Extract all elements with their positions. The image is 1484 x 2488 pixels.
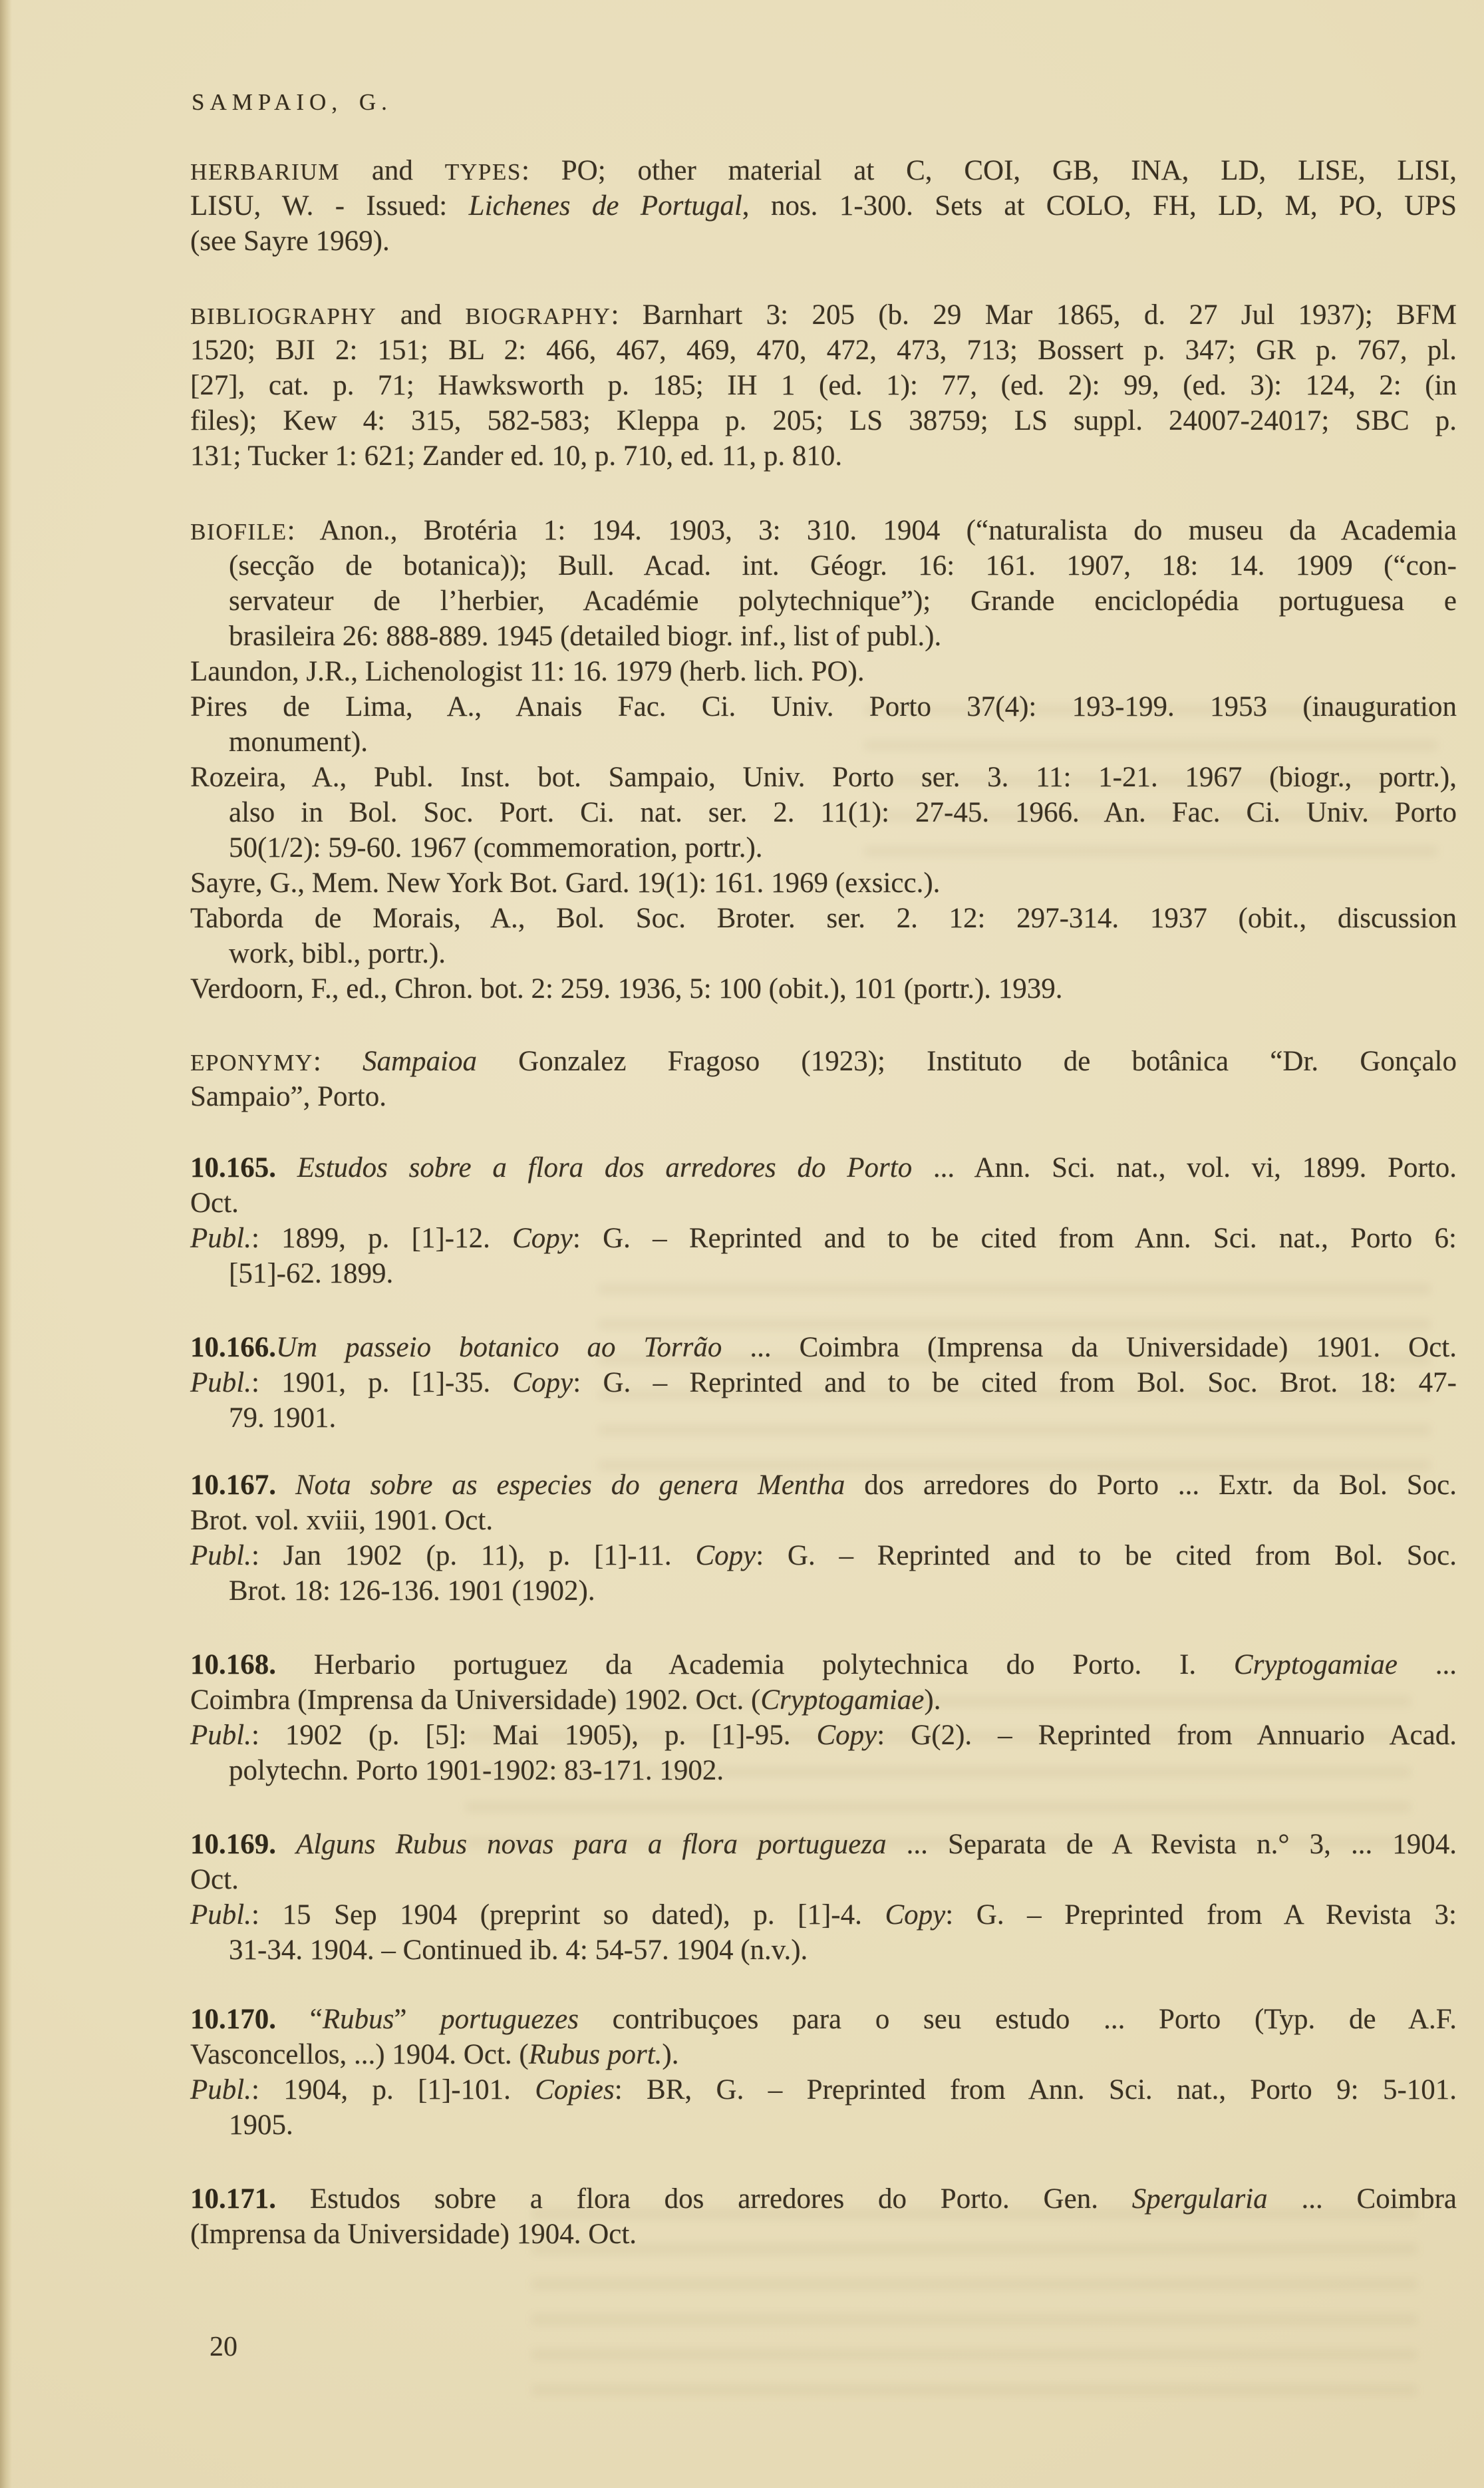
text-line: work, bibl., portr.). [190, 936, 1457, 971]
text-segment: ). [662, 2039, 678, 2070]
text-line: 10.170. “Rubus” portuguezes contribuçoes… [190, 2002, 1457, 2037]
copies-label: Copies [535, 2074, 614, 2105]
entry-10166: 10.166.Um passeio botanico ao Torrão ...… [190, 1330, 1457, 1436]
entry-number: 10.171. [190, 2183, 276, 2215]
text-segment [276, 1829, 296, 1860]
section-label-herbarium: HERBARIUM [190, 159, 340, 185]
work-title: portuguezes [440, 2004, 579, 2035]
copy-label: Copy [885, 1899, 945, 1931]
entry-number: 10.168. [190, 1649, 276, 1680]
publ-label: Publ. [190, 2074, 251, 2105]
text-line: brasileira 26: 888-889. 1945 (detailed b… [190, 619, 1457, 654]
work-title: Estudos sobre a flora dos arredores do P… [297, 1152, 912, 1183]
section-label-biofile: BIOFILE [190, 519, 287, 545]
text-line: (secção de botanica)); Bull. Acad. int. … [190, 548, 1457, 583]
text-line: Rozeira, A., Publ. Inst. bot. Sampaio, U… [190, 760, 1457, 795]
text-segment: ). [924, 1684, 941, 1716]
running-header: SAMPAIO, G. [192, 88, 392, 117]
entry-number: 10.166. [190, 1332, 276, 1363]
publ-label: Publ. [190, 1720, 251, 1751]
section-label-types: TYPES [445, 159, 521, 185]
copy-label: Copy [816, 1720, 877, 1751]
section-label-biography: BIOGRAPHY [465, 303, 611, 329]
text-line: Oct. [190, 1185, 1457, 1221]
text-line: Oct. [190, 1862, 1457, 1897]
entry-number: 10.170. [190, 2004, 276, 2035]
text-segment [276, 1152, 297, 1183]
entry-10170: 10.170. “Rubus” portuguezes contribuçoes… [190, 2002, 1457, 2143]
text-line: 10.169. Alguns Rubus novas para a flora … [190, 1827, 1457, 1862]
publ-label: Publ. [190, 1540, 251, 1571]
text-segment [276, 1470, 295, 1501]
text-line: Publ.: 1904, p. [1]-101. Copies: BR, G. … [190, 2072, 1457, 2107]
text-line: 79. 1901. [190, 1400, 1457, 1436]
text-segment: LISU, W. - Issued: [190, 190, 469, 222]
text-segment: Herbario portuguez da Academia polytechn… [276, 1649, 1234, 1680]
publ-label: Publ. [190, 1223, 251, 1254]
text-segment: : PO; other material at C, COI, GB, INA,… [521, 155, 1457, 186]
text-segment: and [376, 299, 465, 331]
entry-10171: 10.171. Estudos sobre a flora dos arredo… [190, 2181, 1457, 2252]
text-segment: : Jan 1902 (p. 11), p. [1]-11. [251, 1540, 695, 1571]
text-segment: Estudos sobre a flora dos arredores do P… [276, 2183, 1132, 2215]
text-line: Sampaio”, Porto. [190, 1079, 1457, 1114]
text-line: 10.166.Um passeio botanico ao Torrão ...… [190, 1330, 1457, 1365]
text-line: 10.171. Estudos sobre a flora dos arredo… [190, 2181, 1457, 2217]
text-line: HERBARIUM and TYPES: PO; other material … [190, 153, 1457, 188]
text-segment: : 15 Sep 1904 (preprint so dated), p. [1… [251, 1899, 885, 1931]
text-segment: Coimbra (Imprensa da Universidade) 1902.… [190, 1684, 760, 1716]
text-line: Brot. vol. xviii, 1901. Oct. [190, 1503, 1457, 1538]
biofile-paragraph: BIOFILE: Anon., Brotéria 1: 194. 1903, 3… [190, 513, 1457, 1007]
text-line: Publ.: 1901, p. [1]-35. Copy: G. – Repri… [190, 1365, 1457, 1400]
text-line: polytechn. Porto 1901-1902: 83-171. 1902… [190, 1753, 1457, 1788]
text-line: Publ.: 15 Sep 1904 (preprint so dated), … [190, 1897, 1457, 1933]
text-segment: : G. – Reprinted and to be cited from An… [573, 1223, 1457, 1254]
text-segment: “ [276, 2004, 323, 2035]
text-line: BIBLIOGRAPHY and BIOGRAPHY: Barnhart 3: … [190, 297, 1457, 333]
entry-10165: 10.165. Estudos sobre a flora dos arredo… [190, 1150, 1457, 1291]
entry-number: 10.169. [190, 1829, 276, 1860]
text-segment: : 1901, p. [1]-35. [251, 1367, 512, 1398]
text-line: 31-34. 1904. – Continued ib. 4: 54-57. 1… [190, 1933, 1457, 1968]
text-segment: ” [394, 2004, 440, 2035]
entry-10168: 10.168. Herbario portuguez da Academia p… [190, 1647, 1457, 1788]
section-label-eponymy: EPONYMY [190, 1050, 313, 1076]
text-segment: : G. – Reprinted and to be cited from Bo… [573, 1367, 1457, 1398]
entry-number: 10.165. [190, 1152, 276, 1183]
text-line: Sayre, G., Mem. New York Bot. Gard. 19(1… [190, 865, 1457, 901]
work-title: Spergularia [1132, 2183, 1268, 2215]
work-title: Nota sobre as especies do genera Mentha [295, 1470, 845, 1501]
text-segment: contribuçoes para o seu estudo ... Porto… [579, 2004, 1457, 2035]
work-title: Cryptogamiae [1234, 1649, 1398, 1680]
bibliography-paragraph: BIBLIOGRAPHY and BIOGRAPHY: Barnhart 3: … [190, 297, 1457, 474]
text-line: Publ.: 1902 (p. [5]: Mai 1905), p. [1]-9… [190, 1718, 1457, 1753]
text-line: Brot. 18: 126-136. 1901 (1902). [190, 1573, 1457, 1609]
book-page: SAMPAIO, G. HERBARIUM and TYPES: PO; oth… [0, 0, 1484, 2488]
text-line: Publ.: Jan 1902 (p. 11), p. [1]-11. Copy… [190, 1538, 1457, 1573]
text-segment: Gonzalez Fragoso (1923); Instituto de bo… [477, 1046, 1457, 1077]
text-line: Verdoorn, F., ed., Chron. bot. 2: 259. 1… [190, 971, 1457, 1007]
text-line: [27], cat. p. 71; Hawksworth p. 185; IH … [190, 368, 1457, 403]
text-line: 1520; BJI 2: 151; BL 2: 466, 467, 469, 4… [190, 333, 1457, 368]
text-line: Publ.: 1899, p. [1]-12. Copy: G. – Repri… [190, 1221, 1457, 1256]
eponym-genus: Sampaioa [363, 1046, 477, 1077]
copy-label: Copy [512, 1223, 573, 1254]
text-line: servateur de l’herbier, Académie polytec… [190, 583, 1457, 619]
text-line: 131; Tucker 1: 621; Zander ed. 10, p. 71… [190, 438, 1457, 474]
text-line: Pires de Lima, A., Anais Fac. Ci. Univ. … [190, 689, 1457, 724]
text-segment: ... Coimbra (Imprensa da Universidade) 1… [722, 1332, 1457, 1363]
eponymy-paragraph: EPONYMY: Sampaioa Gonzalez Fragoso (1923… [190, 1044, 1457, 1114]
text-segment: , nos. 1-300. Sets at COLO, FH, LD, M, P… [742, 190, 1457, 222]
text-segment: and [340, 155, 445, 186]
work-title: Rubus [323, 2004, 394, 2035]
text-segment: : 1899, p. [1]-12. [251, 1223, 512, 1254]
text-segment: : 1902 (p. [5]: Mai 1905), p. [1]-95. [251, 1720, 816, 1751]
text-line: (Imprensa da Universidade) 1904. Oct. [190, 2217, 1457, 2252]
entry-10167: 10.167. Nota sobre as especies do genera… [190, 1468, 1457, 1609]
text-line: BIOFILE: Anon., Brotéria 1: 194. 1903, 3… [190, 513, 1457, 548]
text-line: EPONYMY: Sampaioa Gonzalez Fragoso (1923… [190, 1044, 1457, 1079]
text-segment: : 1904, p. [1]-101. [251, 2074, 535, 2105]
work-title: Alguns Rubus novas para a flora portugue… [296, 1829, 887, 1860]
work-short-title: Rubus port. [529, 2039, 663, 2070]
text-segment: ... [1398, 1649, 1457, 1680]
text-line: (see Sayre 1969). [190, 224, 1457, 259]
text-line: 10.168. Herbario portuguez da Academia p… [190, 1647, 1457, 1682]
text-segment: ... Coimbra [1268, 2183, 1457, 2215]
text-line: 1905. [190, 2107, 1457, 2143]
herbarium-paragraph: HERBARIUM and TYPES: PO; other material … [190, 153, 1457, 259]
page-number: 20 [210, 2330, 237, 2365]
copy-label: Copy [695, 1540, 756, 1571]
text-line: [51]-62. 1899. [190, 1256, 1457, 1291]
publ-label: Publ. [190, 1367, 251, 1398]
text-segment: : G(2). – Reprinted from Annuario Acad. [877, 1720, 1457, 1751]
work-title: Um passeio botanico ao Torrão [276, 1332, 722, 1363]
text-line: files); Kew 4: 315, 582-583; Kleppa p. 2… [190, 403, 1457, 438]
text-line: LISU, W. - Issued: Lichenes de Portugal,… [190, 188, 1457, 224]
text-segment: : BR, G. – Preprinted from Ann. Sci. nat… [615, 2074, 1457, 2105]
text-line: monument). [190, 724, 1457, 760]
publ-label: Publ. [190, 1899, 251, 1931]
copy-label: Copy [512, 1367, 573, 1398]
text-line: 50(1/2): 59-60. 1967 (commemoration, por… [190, 830, 1457, 865]
entry-number: 10.167. [190, 1470, 276, 1501]
text-segment: Vasconcellos, ...) 1904. Oct. ( [190, 2039, 529, 2070]
entry-10169: 10.169. Alguns Rubus novas para a flora … [190, 1827, 1457, 1968]
text-segment: : G. – Reprinted and to be cited from Bo… [756, 1540, 1457, 1571]
text-segment: : Anon., Brotéria 1: 194. 1903, 3: 310. … [287, 515, 1457, 546]
text-segment: ... Ann. Sci. nat., vol. vi, 1899. Porto… [912, 1152, 1457, 1183]
work-short-title: Cryptogamiae [760, 1684, 924, 1716]
work-title: Lichenes de Portugal [469, 190, 742, 222]
text-segment: ... Separata de A Revista n.° 3, ... 190… [887, 1829, 1457, 1860]
text-segment: : Barnhart 3: 205 (b. 29 Mar 1865, d. 27… [611, 299, 1457, 331]
text-segment: dos arredores do Porto ... Extr. da Bol.… [845, 1470, 1457, 1501]
text-segment: : G. – Preprinted from A Revista 3: [945, 1899, 1457, 1931]
section-label-bibliography: BIBLIOGRAPHY [190, 303, 376, 329]
text-line: Coimbra (Imprensa da Universidade) 1902.… [190, 1682, 1457, 1718]
text-line: Vasconcellos, ...) 1904. Oct. (Rubus por… [190, 2037, 1457, 2072]
text-line: 10.165. Estudos sobre a flora dos arredo… [190, 1150, 1457, 1185]
page-gutter-shadow [0, 0, 12, 2488]
text-segment: : [313, 1046, 363, 1077]
text-line: also in Bol. Soc. Port. Ci. nat. ser. 2.… [190, 795, 1457, 830]
text-line: Laundon, J.R., Lichenologist 11: 16. 197… [190, 654, 1457, 689]
text-line: Taborda de Morais, A., Bol. Soc. Broter.… [190, 901, 1457, 936]
text-line: 10.167. Nota sobre as especies do genera… [190, 1468, 1457, 1503]
